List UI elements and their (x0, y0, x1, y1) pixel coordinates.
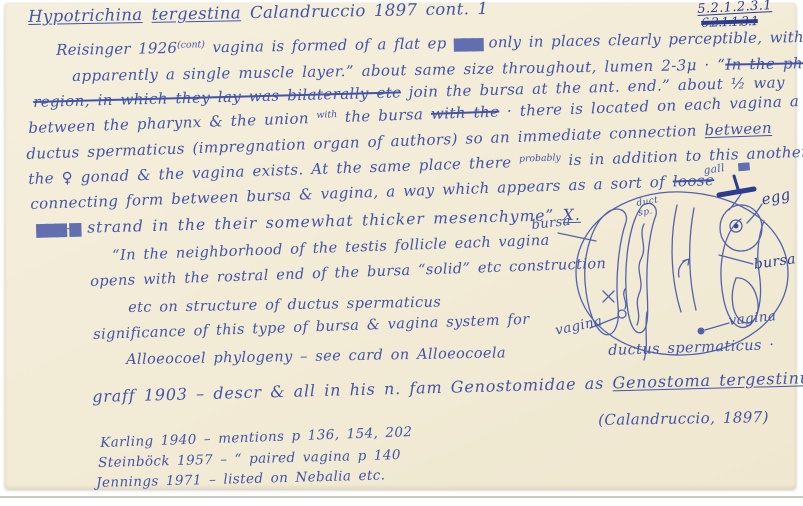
diagram-body-outline (576, 192, 788, 355)
segment-text: Reisinger 1926 (56, 39, 177, 59)
segment-text: (Calandruccio, 1897) (598, 408, 769, 429)
title-species: tergestina (151, 3, 241, 24)
segment-text: gall (703, 162, 726, 177)
gall-ink-bar (719, 189, 754, 195)
diagram-gut-hook (679, 259, 689, 277)
egg-nucleus-dot (734, 224, 739, 229)
segment-scribble: ▆▆ (738, 161, 748, 172)
diagram-inner-squiggle (637, 224, 644, 325)
gall-ink-tick (734, 176, 738, 189)
graff-line-2: (Calandruccio, 1897) (598, 409, 769, 428)
diagram-mid-band-2 (690, 208, 696, 310)
label-gall-scribble: ▆▆ (738, 162, 748, 173)
scan-bottom-edge (0, 496, 803, 498)
bursa-left-leader-line (558, 233, 596, 241)
segment-scribble: ▆▆▆ (454, 34, 481, 52)
segment-text: the bursa (337, 105, 431, 126)
segment-sup: with (316, 109, 337, 121)
segment-text: duct sp. (636, 195, 659, 218)
bursa-right-leader-line (719, 255, 753, 264)
segment-scribble: ▆▆▆ ▆ (36, 219, 79, 238)
title-genus: Hypotrichina (28, 5, 143, 26)
segment-u: between (704, 119, 772, 139)
diagram-second-lobe (626, 203, 657, 332)
x-mark (603, 291, 614, 302)
catalog-number-old-text: 6.2.1.1.3.1 (701, 13, 758, 30)
segment-strike: with the (431, 103, 500, 123)
vagina-right-leader-line (705, 323, 729, 330)
segment-strike: In the pharyngeal (725, 53, 803, 74)
catalog-number-old: 6.2.1.1.3.1 (701, 14, 758, 30)
segment-sup: (cont) (177, 39, 205, 50)
vagina-right-opening-dot (698, 328, 705, 335)
vagina-left-opening (618, 310, 626, 318)
diagram-mid-band-1 (672, 205, 681, 312)
